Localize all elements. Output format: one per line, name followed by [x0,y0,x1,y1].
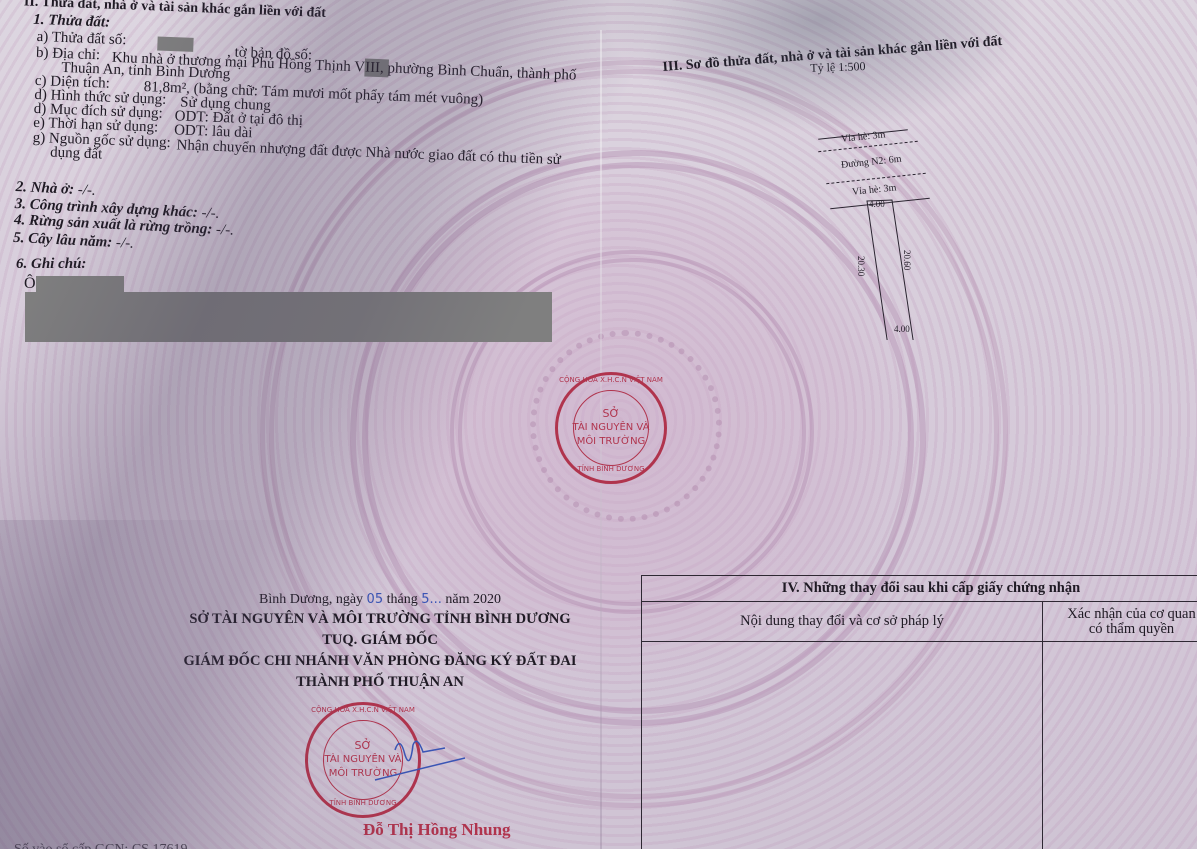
house-value: -/-. [77,182,96,199]
place-date: Bình Dương, ngày 05 tháng 5... năm 2020 [150,592,610,607]
day-handwritten: 05 [367,592,384,607]
scale-wrap: Tỷ lệ 1:500 [810,59,866,76]
changes-table: IV. Những thay đổi sau khi cấp giấy chứn… [641,575,1197,849]
notes-label: 6. Ghi chú: [16,257,86,272]
street-label-top: Vỉa hè: 3m [841,129,886,145]
house-label: 2. Nhà ở: [15,179,74,198]
changes-col-content: Nội dung thay đổi và cơ sở pháp lý [642,602,1043,642]
scale-label: Tỷ lệ 1:500 [810,59,866,76]
stamp-ring-top: CỘNG HOÀ X.H.C.N VIỆT NAM [558,374,664,387]
signing-title-line2: THÀNH PHỐ THUẬN AN [150,675,610,690]
plot-number-redacted [157,37,194,52]
dim-left: 20.30 [856,256,866,276]
notes-redacted-block [25,292,552,342]
changes-table-heading: IV. Những thay đổi sau khi cấp giấy chứn… [642,576,1197,602]
stamp-line1: SỞ [558,407,664,420]
handwritten-signature [355,730,475,790]
origin-value-line2: dụng đất [50,146,103,163]
changes-empty-cell [642,642,1043,849]
notes-visible-start: Ô [24,276,36,291]
signing-tuq: TUQ. GIÁM ĐỐC [150,633,610,648]
month-handwritten: 5... [421,592,442,607]
official-stamp-center: CỘNG HOÀ X.H.C.N VIỆT NAM SỞ TÀI NGUYÊN … [555,372,667,484]
changes-empty-cell [1043,642,1197,849]
other-construction-value: -/-. [201,205,220,222]
signing-title-line1: GIÁM ĐỐC CHI NHÁNH VĂN PHÒNG ĐĂNG KÝ ĐẤT… [150,654,610,669]
year: 2020 [473,592,501,607]
changes-col-confirmation: Xác nhận của cơ quan có thẩm quyền [1043,602,1197,642]
dim-top: 4.00 [869,199,885,209]
stamp-line2: TÀI NGUYÊN VÀ [558,421,664,434]
stamp-line3: MÔI TRƯỜNG [558,435,664,448]
dim-right: 20.60 [902,250,912,270]
signing-org: SỞ TÀI NGUYÊN VÀ MÔI TRƯỜNG TỈNH BÌNH DƯ… [150,612,610,627]
perennial-trees-value: -/-. [116,235,135,252]
signer-name: Đỗ Thị Hồng Nhung [363,820,511,840]
dim-bottom: 4.00 [894,324,910,334]
land-plot-heading: 1. Thửa đất: [33,13,110,31]
footer-registry-number: Số vào sổ cấp GCN: CS 17619 [14,842,187,849]
planted-forest-value: -/-. [216,222,235,239]
stamp-ring-bottom: TỈNH BÌNH DƯƠNG [558,463,664,476]
signing-block: Bình Dương, ngày 05 tháng 5... năm 2020 … [150,592,610,690]
